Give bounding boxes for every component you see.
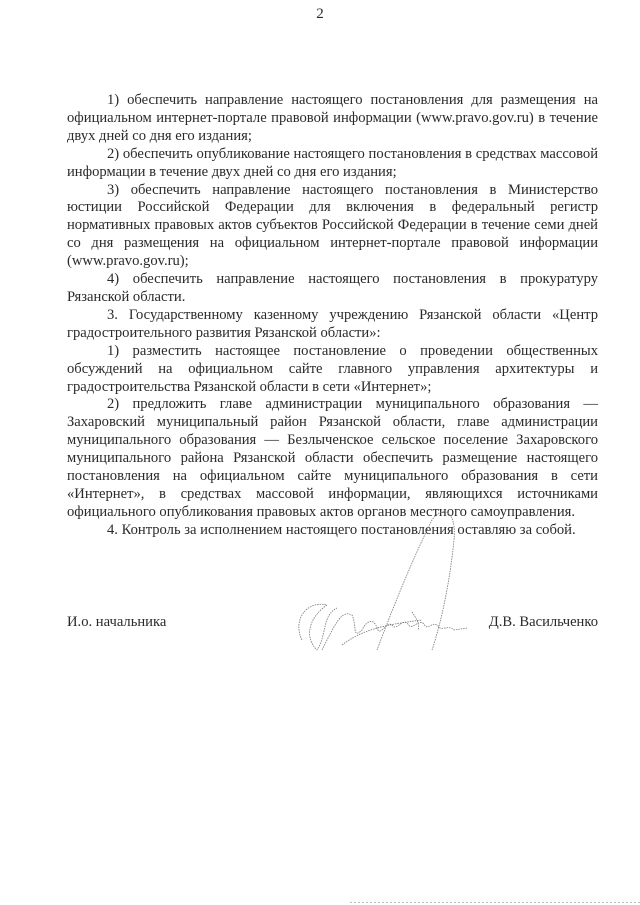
scan-artifact-line [350, 902, 640, 903]
signer-name: Д.В. Васильченко [489, 614, 598, 631]
signer-title: И.о. начальника [67, 614, 166, 631]
signature-icon [282, 500, 482, 660]
paragraph-1-1: 1) обеспечить направление настоящего пос… [67, 92, 598, 146]
paragraph-1-2: 2) обеспечить опубликование настоящего п… [67, 146, 598, 182]
paragraph-3-1: 1) разместить настоящее постановление о … [67, 343, 598, 397]
page-number: 2 [0, 6, 640, 23]
paragraph-1-3: 3) обеспечить направление настоящего пос… [67, 182, 598, 272]
document-body: 1) обеспечить направление настоящего пос… [67, 92, 598, 540]
paragraph-1-4: 4) обеспечить направление настоящего пос… [67, 271, 598, 307]
paragraph-3: 3. Государственному казенному учреждению… [67, 307, 598, 343]
signature-block: И.о. начальника Д.В. Васильченко [67, 610, 598, 650]
